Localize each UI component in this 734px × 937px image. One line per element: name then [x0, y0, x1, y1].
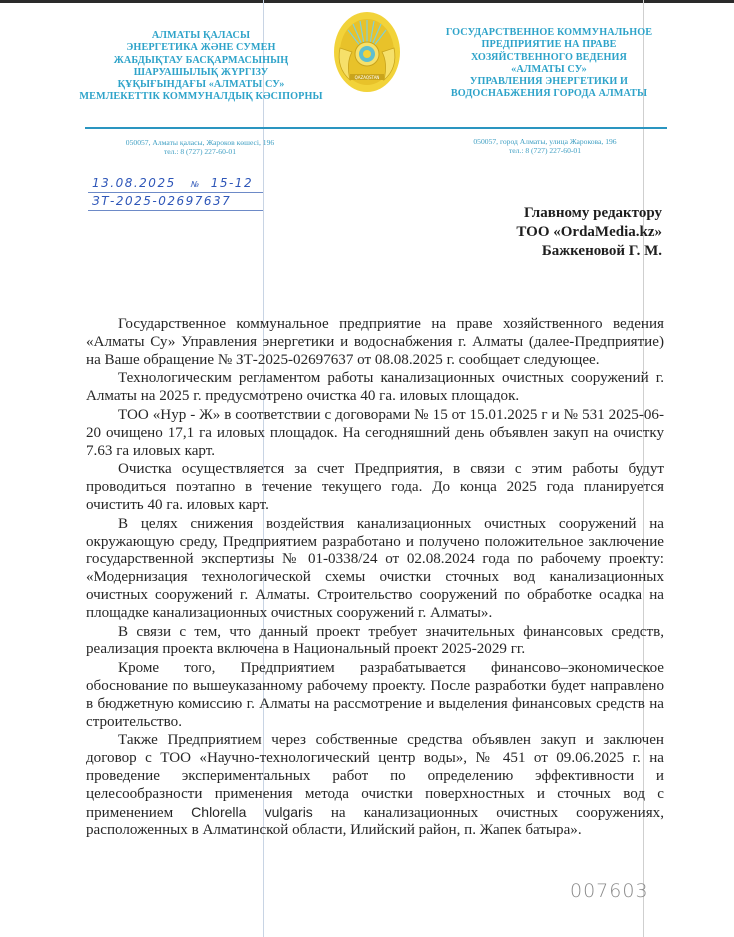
- letterhead-russian: ГОСУДАРСТВЕННОЕ КОММУНАЛЬНОЕ ПРЕДПРИЯТИЕ…: [438, 27, 660, 101]
- svg-text:QAZAQSTAN: QAZAQSTAN: [355, 75, 380, 80]
- letterhead-line: ХОЗЯЙСТВЕННОГО ВЕДЕНИЯ: [438, 52, 660, 64]
- registration-underline: [88, 192, 263, 193]
- phone-line: тел.: 8 (727) 227-60-01: [95, 147, 305, 156]
- scan-top-edge: [0, 0, 734, 3]
- letterhead-line: ЭНЕРГЕТИКА ЖӘНЕ СУМЕН: [70, 42, 332, 54]
- addressee-block: Главному редактору ТОО «OrdaMedia.kz» Ба…: [516, 204, 662, 261]
- serial-number: 007603: [570, 880, 649, 902]
- paragraph: В целях снижения воздействия канализацио…: [86, 516, 664, 623]
- address-kazakh: 050057, Алматы қаласы, Жароков көшесі, 1…: [95, 138, 305, 156]
- reference-underline: [88, 210, 263, 211]
- paragraph: Технологическим регламентом работы канал…: [86, 370, 664, 406]
- letterhead-line: «АЛМАТЫ СУ»: [438, 64, 660, 76]
- species-name: Chlorella vulgaris: [191, 804, 313, 820]
- paragraph-last: Также Предприятием через собственные сре…: [86, 732, 664, 840]
- addressee-title: Главному редактору: [516, 204, 662, 223]
- registration-date: 13.08.2025: [92, 176, 176, 190]
- letterhead-line: ШАРУАШЫЛЫҚ ЖҮРГІЗУ: [70, 67, 332, 79]
- letterhead-line: ЖАБДЫҚТАУ БАСҚАРМАСЫНЫҢ: [70, 55, 332, 67]
- letterhead-line: УПРАВЛЕНИЯ ЭНЕРГЕТИКИ И: [438, 76, 660, 88]
- paragraph: Кроме того, Предприятием разрабатывается…: [86, 660, 664, 731]
- address-line: 050057, город Алматы, улица Жарокова, 19…: [445, 137, 645, 146]
- letter-body: Государственное коммунальное предприятие…: [86, 316, 664, 840]
- letterhead-line: ҚҰҚЫҒЫНДАҒЫ «АЛМАТЫ СУ»: [70, 79, 332, 91]
- paragraph: Очистка осуществляется за счет Предприят…: [86, 461, 664, 514]
- address-russian: 050057, город Алматы, улица Жарокова, 19…: [445, 137, 645, 155]
- address-line: 050057, Алматы қаласы, Жароков көшесі, 1…: [95, 138, 305, 147]
- paragraph: В связи с тем, что данный проект требует…: [86, 624, 664, 660]
- state-emblem-icon: QAZAQSTAN: [332, 8, 402, 98]
- addressee-organization: ТОО «OrdaMedia.kz»: [516, 223, 662, 242]
- number-sign: №: [191, 180, 199, 189]
- phone-line: тел.: 8 (727) 227-60-01: [445, 146, 645, 155]
- registration-number: 15-12: [211, 176, 253, 190]
- letterhead-line: АЛМАТЫ ҚАЛАСЫ: [70, 30, 332, 42]
- registration-reference: ЗТ-2025-02697637: [92, 194, 231, 208]
- letterhead-kazakh: АЛМАТЫ ҚАЛАСЫ ЭНЕРГЕТИКА ЖӘНЕ СУМЕН ЖАБД…: [70, 30, 332, 104]
- letterhead-divider: [85, 127, 667, 129]
- letterhead-line: ГОСУДАРСТВЕННОЕ КОММУНАЛЬНОЕ: [438, 27, 660, 39]
- letterhead-line: МЕМЛЕКЕТТІК КОММУНАЛДЫҚ КӘСІПОРНЫ: [70, 91, 332, 103]
- paragraph: Государственное коммунальное предприятие…: [86, 316, 664, 369]
- letterhead-line: ВОДОСНАБЖЕНИЯ ГОРОДА АЛМАТЫ: [438, 88, 660, 100]
- addressee-name: Бажкеновой Г. М.: [516, 242, 662, 261]
- registration-date-number: 13.08.2025 № 15-12: [92, 176, 253, 190]
- letterhead-line: ПРЕДПРИЯТИЕ НА ПРАВЕ: [438, 39, 660, 51]
- paragraph: ТОО «Нур - Ж» в соответствии с договорам…: [86, 407, 664, 460]
